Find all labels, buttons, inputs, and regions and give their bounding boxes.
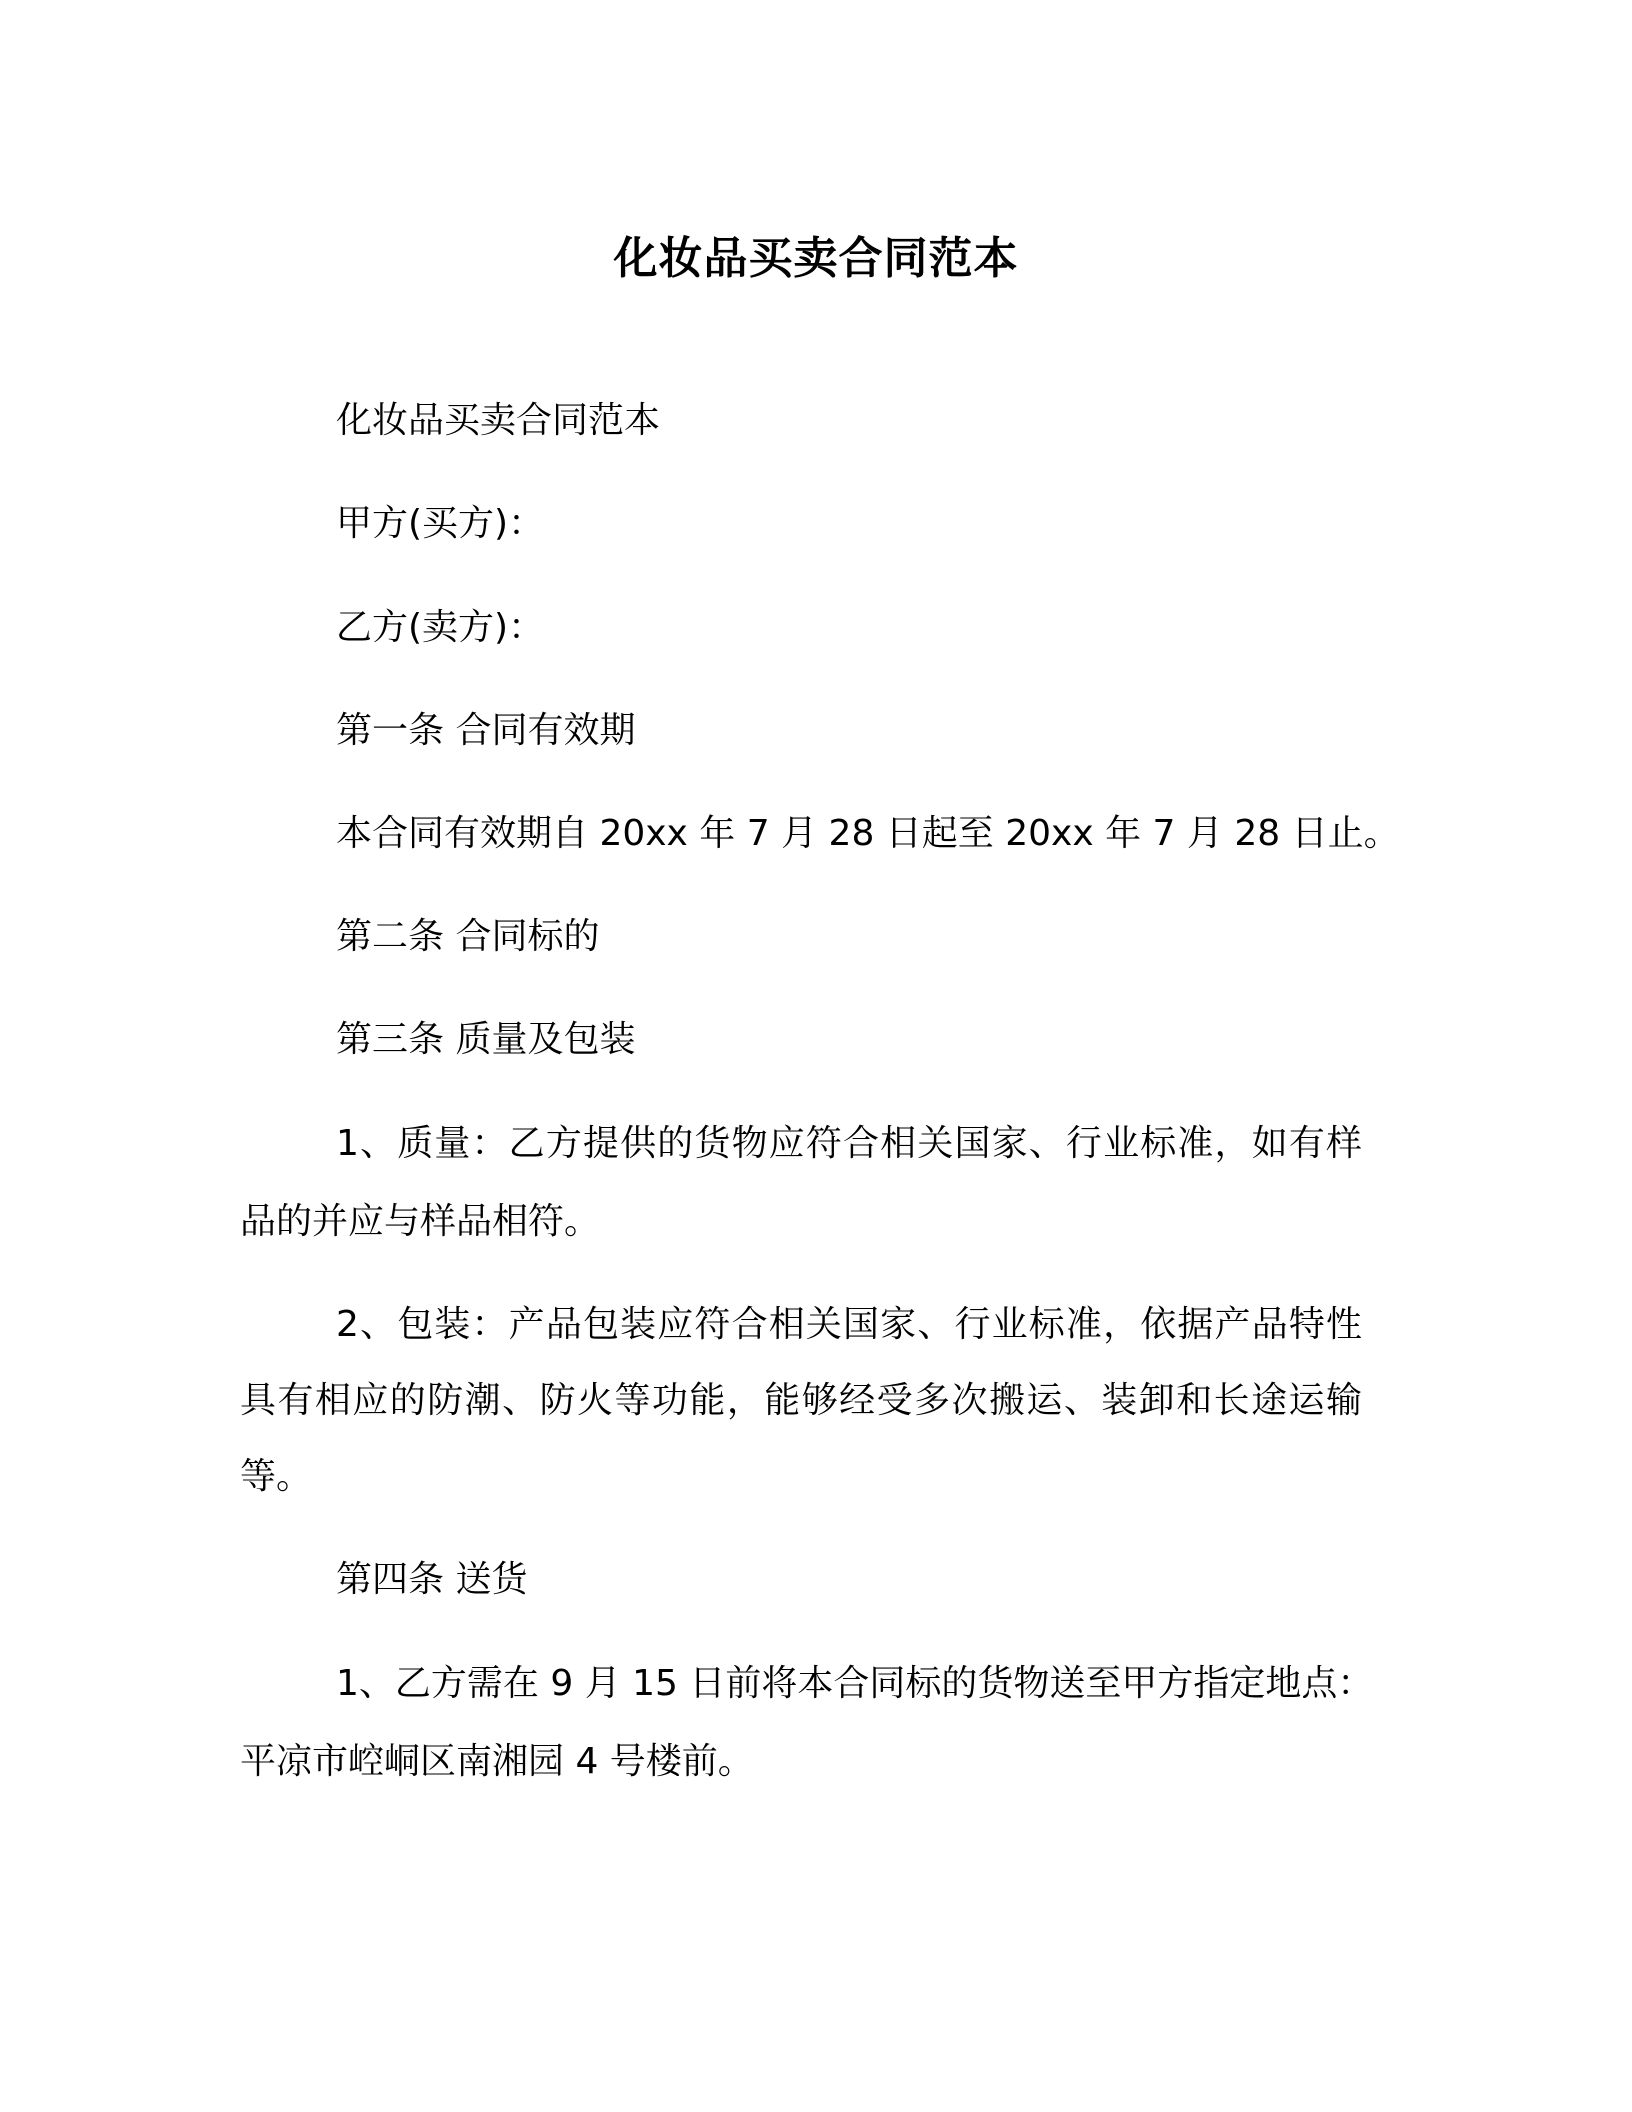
- article-1-heading: 第一条 合同有效期: [336, 707, 1458, 755]
- document-title: 化妆品买卖合同范本: [0, 222, 1632, 286]
- quality-clause-line-1: 1、质量：乙方提供的货物应符合相关国家、行业标准，如有样: [336, 1120, 1362, 1168]
- quality-clause-line-2: 品的并应与样品相符。: [240, 1198, 1362, 1246]
- article-4-heading: 第四条 送货: [336, 1556, 1458, 1604]
- article-3-heading: 第三条 质量及包装: [336, 1016, 1458, 1064]
- delivery-clause-line-2: 平凉市崆峒区南湘园 4 号楼前。: [240, 1738, 1362, 1786]
- party-a-line: 甲方(买方)：: [336, 500, 1458, 548]
- delivery-clause-line-1: 1、乙方需在 9 月 15 日前将本合同标的货物送至甲方指定地点：: [336, 1660, 1362, 1708]
- article-1-body: 本合同有效期自 20xx 年 7 月 28 日起至 20xx 年 7 月 28 …: [336, 810, 1458, 858]
- subtitle-line: 化妆品买卖合同范本: [336, 397, 1458, 445]
- packaging-clause-line-3: 等。: [240, 1453, 1362, 1501]
- party-b-line: 乙方(卖方)：: [336, 604, 1458, 652]
- packaging-clause-line-1: 2、包装：产品包装应符合相关国家、行业标准，依据产品特性: [336, 1301, 1362, 1349]
- packaging-clause-line-2: 具有相应的防潮、防火等功能，能够经受多次搬运、装卸和长途运输: [240, 1377, 1362, 1425]
- document-page: 化妆品买卖合同范本 化妆品买卖合同范本 甲方(买方)： 乙方(卖方)： 第一条 …: [0, 0, 1632, 2112]
- article-2-heading: 第二条 合同标的: [336, 913, 1458, 961]
